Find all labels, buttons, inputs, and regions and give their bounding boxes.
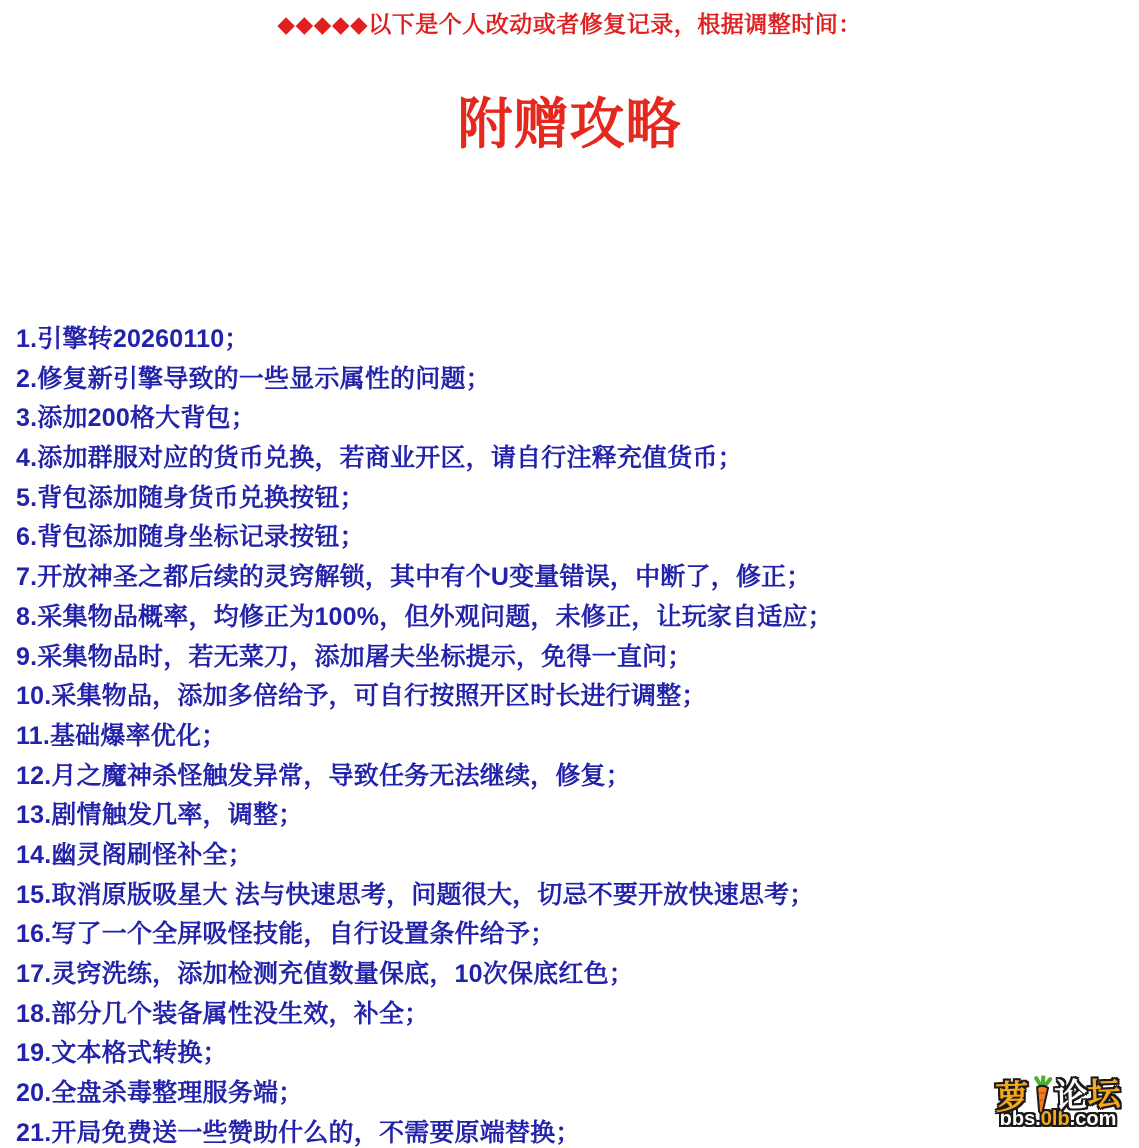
changelog-item: 15.取消原版吸星大 法与快速思考，问题很大，切忌不要开放快速思考； <box>16 876 1131 916</box>
changelog-item: 2.修复新引擎导致的一些显示属性的问题； <box>16 360 1131 400</box>
changelog-item: 9.采集物品时，若无菜刀，添加屠夫坐标提示，免得一直问； <box>16 638 1131 678</box>
changelog-item: 18.部分几个装备属性没生效，补全； <box>16 995 1131 1035</box>
changelog-item: 17.灵窍洗练，添加检测充值数量保底，10次保底红色； <box>16 955 1131 995</box>
page-title: 附赠攻略 <box>0 80 1139 159</box>
changelog-item: 7.开放神圣之都后续的灵窍解锁，其中有个U变量错误，中断了，修正； <box>16 558 1131 598</box>
changelog-item: 4.添加群服对应的货币兑换，若商业开区，请自行注释充值货币； <box>16 439 1131 479</box>
changelog-item: 20.全盘杀毒整理服务端； <box>16 1074 1131 1114</box>
changelog-item: 19.文本格式转换； <box>16 1034 1131 1074</box>
changelog-item: 5.背包添加随身货币兑换按钮； <box>16 479 1131 519</box>
changelog-item: 13.剧情触发几率，调整； <box>16 796 1131 836</box>
changelog-item: 14.幽灵阁刷怪补全； <box>16 836 1131 876</box>
changelog-item: 10.采集物品，添加多倍给予，可自行按照开区时长进行调整； <box>16 677 1131 717</box>
changelog-header-note: ◆◆◆◆◆以下是个人改动或者修复记录，根据调整时间： <box>0 6 1139 39</box>
changelog-item: 21.开局免费送一些赞助什么的，不需要原端替换； <box>16 1114 1131 1148</box>
changelog-list: 1.引擎转20260110； 2.修复新引擎导致的一些显示属性的问题； 3.添加… <box>16 320 1131 1148</box>
changelog-item: 16.写了一个全屏吸怪技能，自行设置条件给予； <box>16 915 1131 955</box>
changelog-item: 11.基础爆率优化； <box>16 717 1131 757</box>
changelog-item: 3.添加200格大背包； <box>16 399 1131 439</box>
changelog-item: 1.引擎转20260110； <box>16 320 1131 360</box>
changelog-item: 8.采集物品概率，均修正为100%，但外观问题，未修正，让玩家自适应； <box>16 598 1131 638</box>
changelog-item: 12.月之魔神杀怪触发异常，导致任务无法继续，修复； <box>16 757 1131 797</box>
changelog-item: 6.背包添加随身坐标记录按钮； <box>16 518 1131 558</box>
